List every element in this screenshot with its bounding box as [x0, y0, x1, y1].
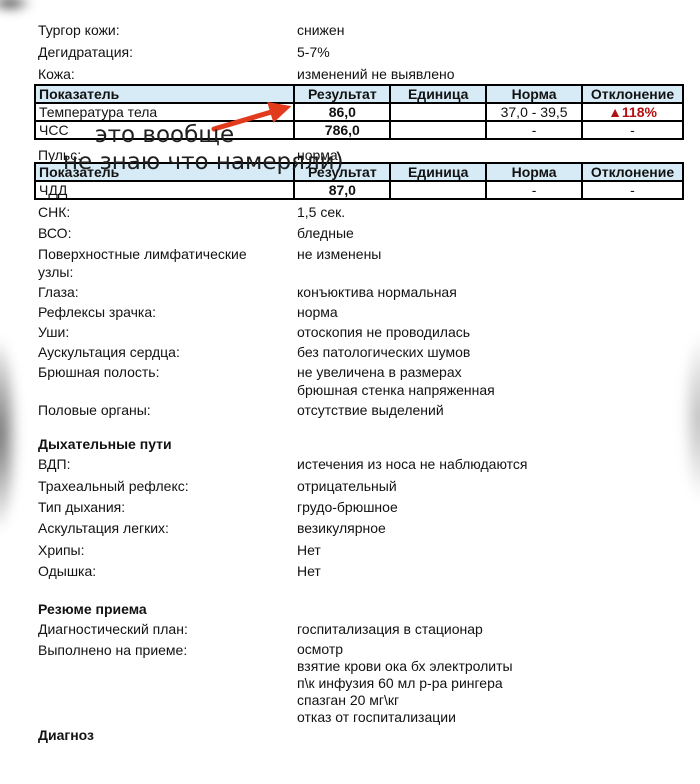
- deviation-cell: -: [582, 181, 683, 199]
- medical-record-document: Тургор кожи: снижен Дегидратация: 5-7% К…: [0, 0, 700, 784]
- field-value: без патологических шумов: [297, 343, 689, 361]
- field-value: конъюктива нормальная: [297, 283, 689, 301]
- field-label: Выполнено на приеме:: [38, 641, 294, 659]
- indicator-cell: ЧДД: [35, 181, 294, 199]
- scan-shadow-top-left: [0, 0, 40, 15]
- field-value: осмотр взятие крови ока бх электролиты п…: [297, 641, 689, 726]
- column-header-indicator: Показатель: [35, 85, 294, 103]
- field-value: отоскопия не проводилась: [297, 323, 689, 341]
- field-label: Дегидратация:: [38, 43, 294, 61]
- field-label: Диагностический план:: [38, 620, 294, 638]
- unit-cell: [390, 181, 486, 199]
- column-header-deviation: Отклонение: [582, 85, 683, 103]
- field-value: 5-7%: [297, 43, 689, 61]
- norm-cell: 37,0 - 39,5: [486, 103, 582, 121]
- field-value: изменений не выявлено: [297, 65, 689, 83]
- field-value: снижен: [297, 21, 689, 39]
- field-label: Поверхностные лимфатические узлы:: [38, 245, 294, 281]
- field-label: Тип дыхания:: [38, 498, 294, 516]
- column-header-unit: Единица: [390, 163, 486, 181]
- field-label: Уши:: [38, 323, 294, 341]
- field-label: Половые органы:: [38, 401, 294, 419]
- field-label: Кожа:: [38, 65, 294, 83]
- column-header-deviation: Отклонение: [582, 163, 683, 181]
- field-label: Трахеальный рефлекс:: [38, 477, 294, 495]
- field-value: Нет: [297, 541, 689, 559]
- field-value: везикулярное: [297, 519, 689, 537]
- field-label: Аскультация легких:: [38, 519, 294, 537]
- deviation-cell: -: [582, 121, 683, 139]
- indicator-cell: Температура тела: [35, 103, 294, 121]
- field-label: Брюшная полость:: [38, 363, 294, 381]
- field-label: Глаза:: [38, 283, 294, 301]
- field-value: 1,5 сек.: [297, 203, 689, 221]
- table-header-row: Показатель Результат Единица Норма Откло…: [35, 85, 683, 103]
- field-label: Хрипы:: [38, 541, 294, 559]
- field-value: отрицательный: [297, 477, 689, 495]
- scan-shadow-left-edge: [0, 298, 28, 570]
- deviation-cell: ▲118%: [582, 103, 683, 121]
- column-header-norm: Норма: [486, 85, 582, 103]
- field-label: Одышка:: [38, 562, 294, 580]
- table-row: Температура тела 86,0 37,0 - 39,5 ▲118%: [35, 103, 683, 121]
- result-cell: 86,0: [294, 103, 390, 121]
- field-value: госпитализация в стационар: [297, 620, 689, 638]
- field-label: Рефлексы зрачка:: [38, 303, 294, 321]
- field-label: ВСО:: [38, 224, 294, 242]
- unit-cell: [390, 121, 486, 139]
- norm-cell: -: [486, 121, 582, 139]
- column-header-unit: Единица: [390, 85, 486, 103]
- field-value: Нет: [297, 562, 689, 580]
- field-label: СНК:: [38, 203, 294, 221]
- field-value: отсутствие выделений: [297, 401, 689, 419]
- norm-cell: -: [486, 181, 582, 199]
- field-label: ВДП:: [38, 455, 294, 473]
- result-cell: 786,0: [294, 121, 390, 139]
- result-cell: 87,0: [294, 181, 390, 199]
- section-heading-summary: Резюме приема: [38, 600, 147, 618]
- section-heading-respiratory: Дыхательные пути: [38, 435, 172, 453]
- table-row: ЧДД 87,0 - -: [35, 181, 683, 199]
- field-value: норма: [297, 303, 689, 321]
- unit-cell: [390, 103, 486, 121]
- field-label: Тургор кожи:: [38, 21, 294, 39]
- section-heading-diagnosis: Диагноз: [38, 726, 94, 744]
- field-value: бледные: [297, 224, 689, 242]
- annotation-text-line2: не знаю что намеряли): [63, 149, 344, 175]
- field-label: Аускультация сердца:: [38, 343, 294, 361]
- column-header-norm: Норма: [486, 163, 582, 181]
- field-value: не увеличена в размерах брюшная стенка н…: [297, 363, 689, 399]
- field-value: истечения из носа не наблюдаются: [297, 455, 689, 473]
- field-value: грудо-брюшное: [297, 498, 689, 516]
- field-value: не изменены: [297, 245, 689, 263]
- column-header-result: Результат: [294, 85, 390, 103]
- annotation-text-line1: это вообще: [95, 122, 234, 148]
